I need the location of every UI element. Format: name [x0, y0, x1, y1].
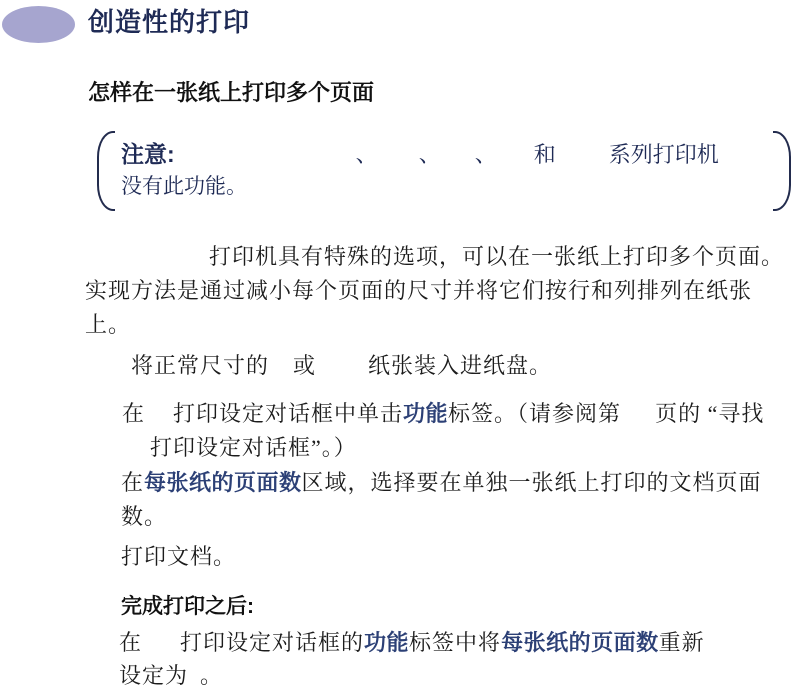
after-line-2: 设定为。: [119, 659, 794, 689]
note-line1: 注意:、、、和系列打印机: [121, 136, 719, 169]
note-separator-3: 、: [475, 138, 497, 169]
intro-line-1: 打印机具有特殊的选项，可以在一张纸上打印多个页面。: [85, 240, 791, 274]
step-3-line-1: 在每张纸的页面数区域，选择要在单独一张纸上打印的文档页面: [121, 466, 796, 500]
after-text-a: 在: [119, 626, 142, 659]
step-3-text-b: 区域，选择要在单独一张纸上打印的文档页面: [302, 470, 762, 495]
features-tab-term-2: 功能: [364, 630, 409, 655]
step-2-text-b: 打印设定对话框中单击: [173, 397, 403, 431]
note-and-word: 和: [534, 138, 556, 169]
step-3-line-2: 数。: [121, 500, 796, 534]
note-line2: 没有此功能。: [121, 170, 247, 200]
step-2-text-a: 在: [122, 397, 145, 431]
note-separator-1: 、: [356, 138, 378, 169]
after-text-d: 重新: [659, 630, 705, 655]
pages-per-sheet-term-2: 每张纸的页面数: [501, 630, 659, 655]
after-text-c: 标签中将: [409, 630, 501, 655]
step-1-text-a: 将正常尺寸的: [131, 349, 269, 383]
step-1-text-b: 或: [293, 349, 316, 383]
intro-paragraph: 打印机具有特殊的选项，可以在一张纸上打印多个页面。 实现方法是通过减小每个页面的…: [85, 240, 791, 342]
after-line2-text-a: 设定为: [119, 659, 188, 689]
step-2-line-1: 在打印设定对话框中单击功能标签。（请参阅第页的 “寻找: [122, 397, 794, 431]
note-separator-2: 、: [419, 138, 441, 169]
note-left-bracket: [97, 131, 115, 211]
step-1-text-c: 纸张装入进纸盘。: [368, 349, 552, 383]
note-series-text: 系列打印机: [609, 138, 719, 169]
intro-line-3: 上。: [85, 308, 791, 342]
features-tab-term: 功能: [403, 401, 448, 426]
step-2-text-c: 标签。（请参阅第: [448, 401, 621, 426]
intro-line-2: 实现方法是通过减小每个页面的尺寸并将它们按行和列排列在纸张: [85, 274, 791, 308]
step-3-text-a: 在: [121, 470, 144, 495]
step-2-text-d: 页的 “寻找: [655, 397, 764, 431]
chapter-ellipse-graphic: [2, 6, 75, 43]
step-3: 在每张纸的页面数区域，选择要在单独一张纸上打印的文档页面 数。: [121, 466, 796, 534]
after-line2-text-b: 。: [200, 659, 223, 689]
step-2-line-2: 打印设定对话框”。）: [122, 431, 794, 465]
pages-per-sheet-term: 每张纸的页面数: [144, 470, 302, 495]
note-label: 注意:: [121, 141, 175, 167]
manual-page: { "colors": { "accent_navy": "#1e2a55", …: [0, 0, 801, 689]
chapter-title: 创造性的打印: [88, 7, 250, 38]
after-printing-heading: 完成打印之后:: [121, 590, 254, 620]
note-box: 注意:、、、和系列打印机 没有此功能。: [97, 131, 791, 209]
step-2: 在打印设定对话框中单击功能标签。（请参阅第页的 “寻找 打印设定对话框”。）: [122, 397, 794, 465]
after-line-1: 在打印设定对话框的功能标签中将每张纸的页面数重新: [119, 626, 794, 659]
section-heading: 怎样在一张纸上打印多个页面: [88, 80, 374, 106]
step-4: 打印文档。: [121, 540, 236, 574]
after-printing-paragraph: 在打印设定对话框的功能标签中将每张纸的页面数重新 设定为。: [119, 626, 794, 689]
step-1: 将正常尺寸的或纸张装入进纸盘。: [131, 349, 552, 383]
after-text-b: 打印设定对话框的: [180, 626, 364, 659]
note-right-bracket: [773, 131, 791, 211]
